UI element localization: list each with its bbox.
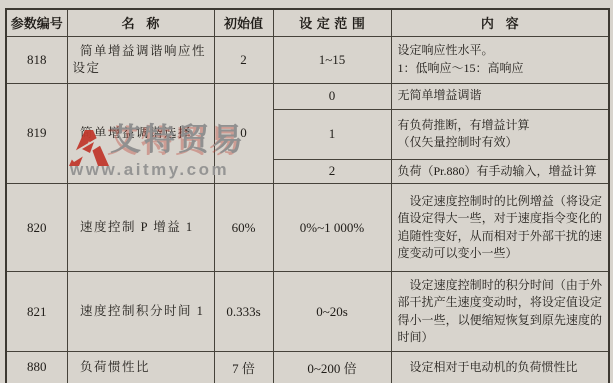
table-row-821: 821 速度控制积分时间 1 0.333s 0~20s 设定速度控制时的积分时间… — [6, 272, 609, 352]
range-cell: 1~15 — [273, 36, 391, 83]
content-line: 设定速度控制时的比例增益（将设定值设定得大一些，对于速度指令变化的追随性变好，从… — [398, 193, 603, 263]
content-line: 负荷（Pr.880）有手动输入，增益计算 — [398, 163, 603, 181]
content-line: 设定响应性水平。 — [398, 42, 603, 60]
parameter-table: 参数编号 名称 初始值 设定范围 内容 818 简单增益调谐响应性设定 2 1~… — [5, 8, 610, 383]
table-header-row: 参数编号 名称 初始值 设定范围 内容 — [6, 9, 609, 36]
param-cell: 818 — [6, 36, 67, 83]
name-cell: 简单增益调谐选择 — [67, 83, 214, 184]
initial-cell: 0.333s — [214, 272, 273, 352]
range-cell: 2 — [273, 159, 391, 184]
initial-cell: 2 — [214, 36, 273, 83]
range-cell: 0 — [273, 83, 391, 109]
scanned-document-page: 参数编号 名称 初始值 设定范围 内容 818 简单增益调谐响应性设定 2 1~… — [0, 0, 613, 383]
content-cell: 设定速度控制时的积分时间（由于外部干扰产生速度变动时，将设定值设定得小一些，以便… — [391, 272, 609, 352]
range-cell: 0%~1 000% — [273, 184, 391, 272]
initial-cell: 60% — [214, 184, 273, 272]
name-cell: 速度控制积分时间 1 — [67, 272, 214, 352]
table-row-819-sub0: 819 简单增益调谐选择 0 0 无简单增益调谐 — [6, 83, 609, 109]
table-row-818: 818 简单增益调谐响应性设定 2 1~15 设定响应性水平。 1：低响应～15… — [6, 36, 609, 83]
content-cell: 设定相对于电动机的负荷惯性比 — [391, 352, 609, 383]
param-cell: 880 — [6, 352, 67, 383]
param-cell: 819 — [6, 83, 67, 184]
content-cell: 有负荷推断，有增益计算 （仅矢量控制时有效） — [391, 109, 609, 159]
table-row-880: 880 负荷惯性比 7 倍 0~200 倍 设定相对于电动机的负荷惯性比 — [6, 352, 609, 383]
range-cell: 1 — [273, 109, 391, 159]
content-line: 设定速度控制时的积分时间（由于外部干扰产生速度变动时，将设定值设定得小一些，以便… — [398, 277, 603, 347]
content-line: 设定相对于电动机的负荷惯性比 — [398, 359, 603, 377]
content-cell: 设定速度控制时的比例增益（将设定值设定得大一些，对于速度指令变化的追随性变好，从… — [391, 184, 609, 272]
header-name: 名称 — [67, 9, 214, 36]
content-line: 1：低响应～15：高响应 — [398, 60, 603, 78]
content-line: 有负荷推断，有增益计算 — [398, 117, 603, 135]
param-cell: 820 — [6, 184, 67, 272]
name-cell: 简单增益调谐响应性设定 — [67, 36, 214, 83]
header-param: 参数编号 — [6, 9, 67, 36]
header-initial: 初始值 — [214, 9, 273, 36]
content-cell: 设定响应性水平。 1：低响应～15：高响应 — [391, 36, 609, 83]
content-cell: 无简单增益调谐 — [391, 83, 609, 109]
param-cell: 821 — [6, 272, 67, 352]
table-row-820: 820 速度控制 P 增益 1 60% 0%~1 000% 设定速度控制时的比例… — [6, 184, 609, 272]
header-content: 内容 — [391, 9, 609, 36]
initial-cell: 7 倍 — [214, 352, 273, 383]
name-cell: 速度控制 P 增益 1 — [67, 184, 214, 272]
name-cell: 负荷惯性比 — [67, 352, 214, 383]
content-line: （仅矢量控制时有效） — [398, 134, 603, 152]
header-range: 设定范围 — [273, 9, 391, 36]
range-cell: 0~200 倍 — [273, 352, 391, 383]
range-cell: 0~20s — [273, 272, 391, 352]
content-cell: 负荷（Pr.880）有手动输入，增益计算 — [391, 159, 609, 184]
content-line: 无简单增益调谐 — [398, 87, 603, 105]
initial-cell: 0 — [214, 83, 273, 184]
